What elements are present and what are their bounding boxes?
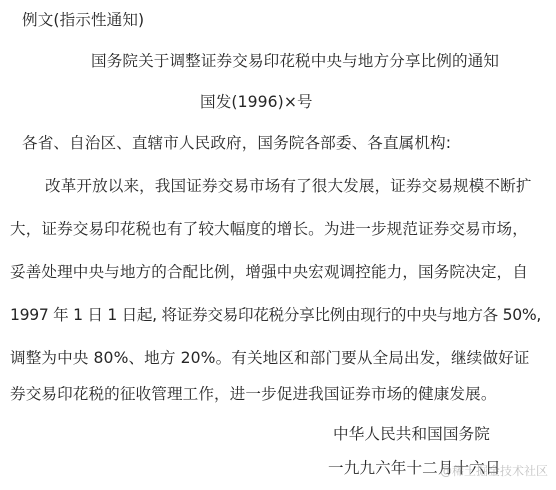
- watermark: @稀土掘金技术社区: [440, 463, 548, 479]
- document-number: 国发(1996)×号: [200, 92, 313, 112]
- document-label: 例文(指示性通知): [22, 10, 144, 30]
- document-title: 国务院关于调整证券交易印花税中央与地方分享比例的通知: [91, 51, 499, 71]
- body-line: 调整为中央 80%、地方 20%。有关地区和部门要从全局出发，继续做好证: [10, 348, 529, 368]
- body-line: 券交易印花税的征收管理工作，进一步促进我国证券市场的健康发展。: [10, 384, 497, 404]
- body-line: 改革开放以来，我国证券交易市场有了很大发展，证券交易规模不断扩: [45, 176, 532, 196]
- body-line: 1997 年 1 日 1 日起, 将证券交易印花税分享比例由现行的中央与地方各 …: [10, 305, 541, 325]
- addressee: 各省、自治区、直辖市人民政府，国务院各部委、各直属机构:: [22, 133, 451, 153]
- signature: 中华人民共和国国务院: [333, 424, 490, 444]
- body-line: 大，证券交易印花税也有了较大幅度的增长。为进一步规范证券交易市场，: [10, 219, 528, 239]
- body-line: 妥善处理中央与地方的合配比例，增强中央宏观调控能力，国务院决定，自: [10, 262, 528, 282]
